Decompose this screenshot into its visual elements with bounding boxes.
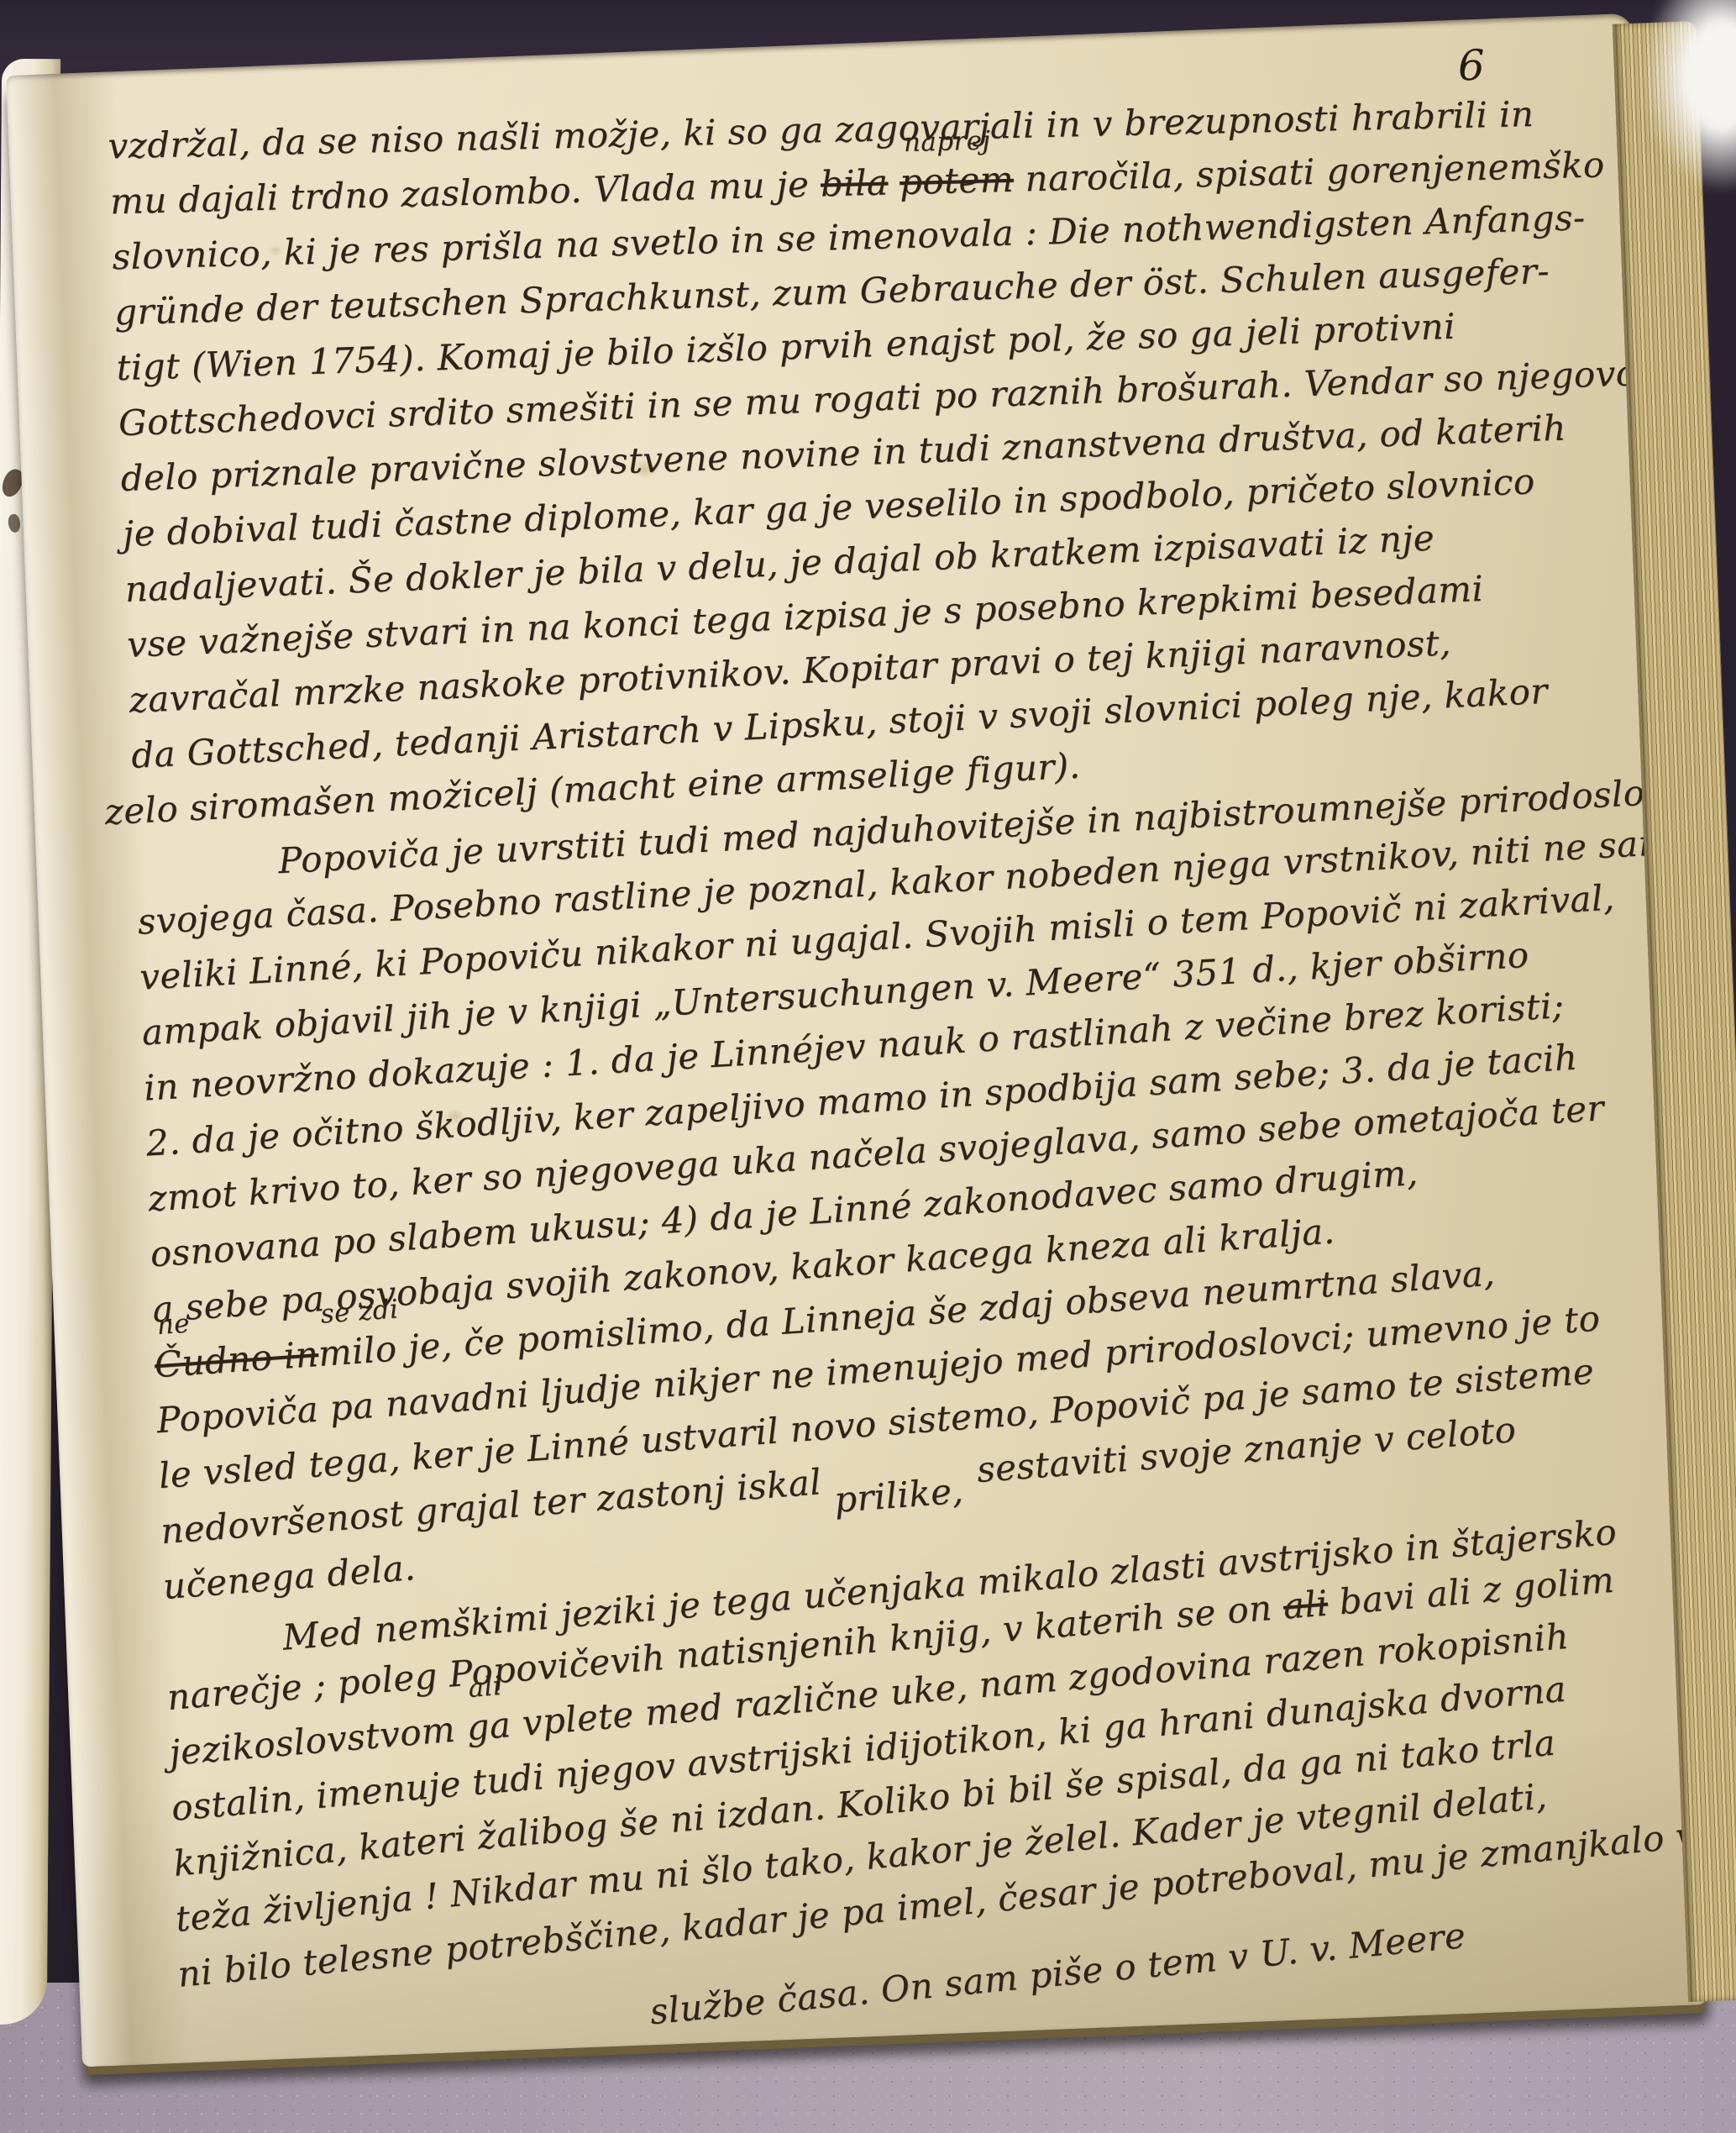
cotton-blob	[1642, 0, 1736, 193]
photo-backdrop: 6 vzdržal, da se niso našli možje, ki so…	[0, 0, 1736, 2133]
inserted-word: ali	[468, 1673, 503, 1702]
inserted-word: se zdi	[320, 1297, 400, 1328]
struck-word: Čudno in	[153, 1333, 319, 1385]
book-page: 6 vzdržal, da se niso našli možje, ki so…	[6, 13, 1709, 2067]
correction: naprejpotem	[899, 152, 1014, 210]
struck-word: potem	[899, 159, 1015, 202]
manuscript-text: vzdržal, da se niso našli možje, ki so g…	[107, 61, 1683, 2058]
struck-word: ali	[1282, 1583, 1330, 1627]
struck-word: bila	[820, 161, 889, 204]
inserted-word: ne	[156, 1311, 191, 1340]
inserted-word: naprej	[904, 129, 991, 157]
